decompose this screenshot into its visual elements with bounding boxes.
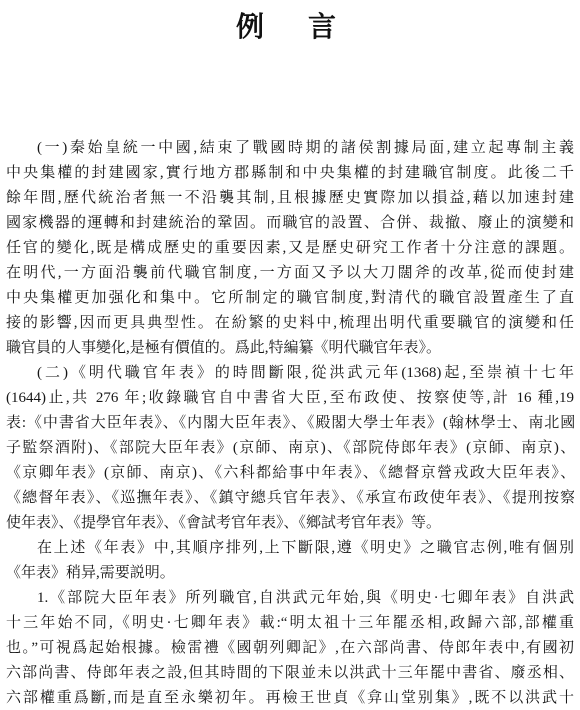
text-line: (二)《明代職官年表》的時間斷限,從洪武元年(1368)起,至崇禎十七年 <box>6 361 574 386</box>
text-line: 中央集權更加强化和集中。它所制定的職官制度,對清代的職官設置產生了直 <box>6 286 574 311</box>
text-line: 中央集權的封建國家,實行地方郡縣制和中央集權的封建職官制度。此後二千 <box>6 161 574 186</box>
text-line: 《總督年表》、《巡撫年表》、《鎮守總兵官年表》、《承宣布政使年表》、《提刑按察 <box>6 486 574 511</box>
text-line: 也。”可視爲起始根據。檢雷禮《國朝列卿記》,在六部尚書、侍郎年表中,有國初 <box>6 636 574 661</box>
text-line: 任官的變化,既是構成歷史的重要因素,又是歷史研究工作者十分注意的課題。 <box>6 236 574 261</box>
document-page: 例 言 (一)秦始皇統一中國,結束了戰國時期的諸侯割據局面,建立起專制主義 中央… <box>0 0 580 710</box>
text-line: 《年表》稍异,需要説明。 <box>6 561 574 586</box>
text-line: 使年表》、《提學官年表》、《會試考官年表》、《鄉試考官年表》等。 <box>6 511 574 536</box>
text-line: 餘年間,歷代統治者無一不沿襲其制,且根據歷史實際加以損益,藉以加速封建 <box>6 186 574 211</box>
text-line: 子監祭酒附)、《部院大臣年表》(京師、南京)、《部院侍郎年表》(京師、南京)、 <box>6 436 574 461</box>
text-line: (一)秦始皇統一中國,結束了戰國時期的諸侯割據局面,建立起專制主義 <box>6 136 574 161</box>
text-line: 國家機器的運轉和封建統治的鞏固。而職官的設置、合併、裁撤、廢止的演變和 <box>6 211 574 236</box>
body-text: (一)秦始皇統一中國,結束了戰國時期的諸侯割據局面,建立起專制主義 中央集權的封… <box>6 136 574 710</box>
text-line: 職官員的人事變化,是極有價值的。爲此,特編纂《明代職官年表》。 <box>6 336 574 361</box>
text-line: 六部權重爲斷,而是直至永樂初年。再檢王世貞《弇山堂别集》,既不以洪武十 <box>6 686 574 710</box>
text-line: 1.《部院大臣年表》所列職官,自洪武元年始,與《明史·七卿年表》自洪武 <box>6 586 574 611</box>
text-line: 十三年始不同,《明史·七卿年表》載:“明太祖十三年罷丞相,政歸六部,部權重 <box>6 611 574 636</box>
text-line: 《京卿年表》(京師、南京)、《六科都給事中年表》、《總督京營戎政大臣年表》、 <box>6 461 574 486</box>
text-line: 六部尚書、侍郎年表之設,但其時間的下限並未以洪武十三年罷中書省、廢丞相、 <box>6 661 574 686</box>
text-line: 在明代,一方面沿襲前代職官制度,一方面又予以大刀闊斧的改革,從而使封建 <box>6 261 574 286</box>
text-line: 表:《中書省大臣年表》、《内閣大臣年表》、《殿閣大學士年表》(翰林學士、南北國 <box>6 411 574 436</box>
text-line: (1644)止,共 276 年;收錄職官自中書省大臣,至布政使、按察使等,計 1… <box>6 386 574 411</box>
text-line: 接的影響,因而更具典型性。在紛繁的史料中,梳理出明代重要職官的演變和任 <box>6 311 574 336</box>
page-title: 例 言 <box>6 0 574 46</box>
text-line: 在上述《年表》中,其順序排列,上下斷限,遵《明史》之職官志例,唯有個別 <box>6 536 574 561</box>
